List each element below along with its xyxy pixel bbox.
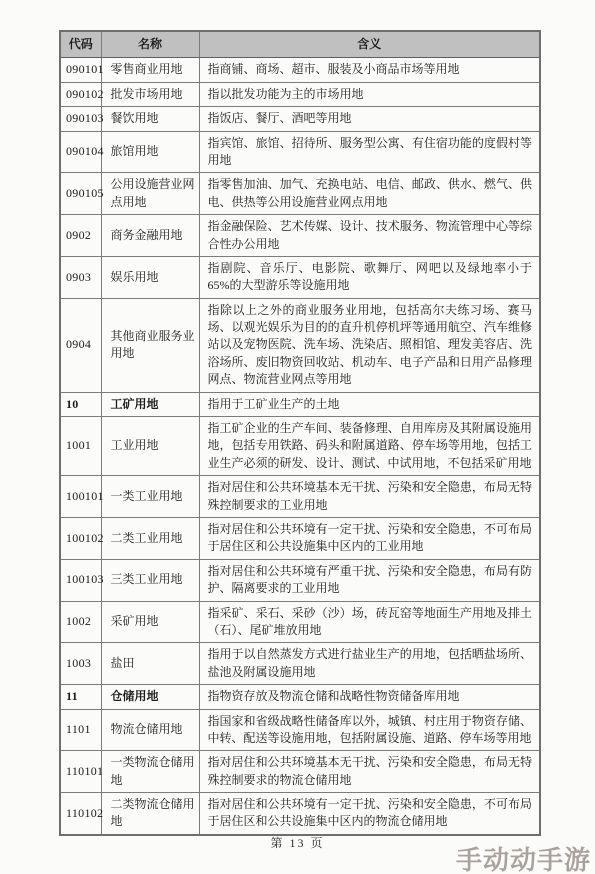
document-page: 代码 名称 含义 090101 零售商业用地 指商铺、商场、超市、服装及小商品市…: [0, 0, 595, 874]
code-cell: 0904: [60, 298, 101, 392]
table-body: 090101 零售商业用地 指商铺、商场、超市、服装及小商品市场等用地 0901…: [60, 58, 540, 835]
meaning-cell: 指剧院、音乐厅、电影院、歌舞厅、网吧以及绿地率小于 65%的大型游乐等设施用地: [199, 256, 540, 298]
code-cell: 1003: [60, 643, 101, 685]
meaning-cell: 指宾馆、旅馆、招待所、服务型公寓、有住宿功能的度假村等用地: [199, 131, 540, 173]
table-row: 090103 餐饮用地 指饭店、餐厅、酒吧等用地: [60, 107, 540, 131]
name-cell: 二类工业用地: [101, 517, 199, 559]
meaning-cell: 指对居住和公共环境有一定干扰、污染和安全隐患，不可布局于居住区和公共设施集中区内…: [199, 517, 540, 559]
meaning-cell: 指除以上之外的商业服务业用地，包括高尔夫练习场、赛马场、以观光娱乐为目的的直升机…: [199, 298, 540, 392]
name-cell: 仓储用地: [101, 685, 199, 709]
code-cell: 110102: [60, 793, 101, 835]
table-row: 090104 旅馆用地 指宾馆、旅馆、招待所、服务型公寓、有住宿功能的度假村等用…: [60, 131, 540, 173]
meaning-cell: 指对居住和公共环境基本无干扰、污染和安全隐患，布局无特殊控制要求的物流仓储用地: [199, 751, 540, 793]
meaning-cell: 指饭店、餐厅、酒吧等用地: [199, 107, 540, 131]
code-cell: 11: [60, 685, 101, 709]
header-meaning: 含义: [199, 31, 540, 58]
meaning-cell: 指用于工矿业生产的土地: [199, 392, 540, 416]
meaning-cell: 指对居住和公共环境基本无干扰、污染和安全隐患，布局无特殊控制要求的工业用地: [199, 476, 540, 518]
code-cell: 0902: [60, 215, 101, 257]
header-name: 名称: [101, 31, 199, 58]
code-cell: 090101: [60, 58, 101, 82]
name-cell: 采矿用地: [101, 601, 199, 643]
name-cell: 工矿用地: [101, 392, 199, 416]
name-cell: 工业用地: [101, 417, 199, 476]
meaning-cell: 指以批发功能为主的市场用地: [199, 82, 540, 106]
table-row: 11 仓储用地 指物资存放及物流仓储和战略性物资储备库用地: [60, 685, 540, 709]
header-code: 代码: [60, 31, 101, 58]
code-cell: 100101: [60, 476, 101, 518]
meaning-cell: 指用于以自然蒸发方式进行盐业生产的用地，包括晒盐场所、盐池及附属设施用地: [199, 643, 540, 685]
code-cell: 100103: [60, 559, 101, 601]
table-row: 1001 工业用地 指工矿企业的生产车间、装备修理、自用库房及其附属设施用地，包…: [60, 417, 540, 476]
table-row: 0904 其他商业服务业用地 指除以上之外的商业服务业用地，包括高尔夫练习场、赛…: [60, 298, 540, 392]
name-cell: 其他商业服务业用地: [101, 298, 199, 392]
meaning-cell: 指对居住和公共环境有严重干扰、污染和安全隐患，布局有防护、隔离要求的工业用地: [199, 559, 540, 601]
name-cell: 公用设施营业网点用地: [101, 173, 199, 215]
code-cell: 090103: [60, 107, 101, 131]
table-row: 1101 物流仓储用地 指国家和省级战略性储备库以外，城镇、村庄用于物资存储、中…: [60, 709, 540, 751]
code-cell: 1101: [60, 709, 101, 751]
meaning-cell: 指零售加油、加气、充换电站、电信、邮政、供水、燃气、供电、供热等公用设施营业网点…: [199, 173, 540, 215]
land-use-code-table: 代码 名称 含义 090101 零售商业用地 指商铺、商场、超市、服装及小商品市…: [59, 30, 541, 836]
code-cell: 1002: [60, 601, 101, 643]
code-cell: 1001: [60, 417, 101, 476]
code-cell: 090104: [60, 131, 101, 173]
name-cell: 商务金融用地: [101, 215, 199, 257]
table-row: 090105 公用设施营业网点用地 指零售加油、加气、充换电站、电信、邮政、供水…: [60, 173, 540, 215]
code-cell: 10: [60, 392, 101, 416]
name-cell: 盐田: [101, 643, 199, 685]
meaning-cell: 指商铺、商场、超市、服装及小商品市场等用地: [199, 58, 540, 82]
code-cell: 0903: [60, 256, 101, 298]
name-cell: 娱乐用地: [101, 256, 199, 298]
name-cell: 一类工业用地: [101, 476, 199, 518]
table-row: 0902 商务金融用地 指金融保险、艺术传媒、设计、技术服务、物流管理中心等综合…: [60, 215, 540, 257]
table-row: 1002 采矿用地 指采矿、采石、采砂（沙）场，砖瓦窑等地面生产用地及排土（石）…: [60, 601, 540, 643]
table-row: 090102 批发市场用地 指以批发功能为主的市场用地: [60, 82, 540, 106]
name-cell: 旅馆用地: [101, 131, 199, 173]
meaning-cell: 指物资存放及物流仓储和战略性物资储备库用地: [199, 685, 540, 709]
meaning-cell: 指金融保险、艺术传媒、设计、技术服务、物流管理中心等综合性办公用地: [199, 215, 540, 257]
code-cell: 090105: [60, 173, 101, 215]
table-row: 100101 一类工业用地 指对居住和公共环境基本无干扰、污染和安全隐患，布局无…: [60, 476, 540, 518]
table-row: 0903 娱乐用地 指剧院、音乐厅、电影院、歌舞厅、网吧以及绿地率小于 65%的…: [60, 256, 540, 298]
name-cell: 三类工业用地: [101, 559, 199, 601]
table-row: 090101 零售商业用地 指商铺、商场、超市、服装及小商品市场等用地: [60, 58, 540, 82]
watermark-text: 手动动手游: [456, 840, 591, 874]
table-row: 10 工矿用地 指用于工矿业生产的土地: [60, 392, 540, 416]
meaning-cell: 指采矿、采石、采砂（沙）场，砖瓦窑等地面生产用地及排土（石）、尾矿堆放用地: [199, 601, 540, 643]
name-cell: 批发市场用地: [101, 82, 199, 106]
code-cell: 110101: [60, 751, 101, 793]
table-row: 100102 二类工业用地 指对居住和公共环境有一定干扰、污染和安全隐患，不可布…: [60, 517, 540, 559]
code-cell: 100102: [60, 517, 101, 559]
table-row: 110101 一类物流仓储用地 指对居住和公共环境基本无干扰、污染和安全隐患，布…: [60, 751, 540, 793]
meaning-cell: 指国家和省级战略性储备库以外，城镇、村庄用于物资存储、中转、配送等设施用地，包括…: [199, 709, 540, 751]
table-header-row: 代码 名称 含义: [60, 31, 540, 58]
table-row: 110102 二类物流仓储用地 指对居住和公共环境有一定干扰、污染和安全隐患，不…: [60, 793, 540, 835]
meaning-cell: 指对居住和公共环境有一定干扰、污染和安全隐患，不可布局于居住区和公共设施集中区内…: [199, 793, 540, 835]
table-row: 100103 三类工业用地 指对居住和公共环境有严重干扰、污染和安全隐患，布局有…: [60, 559, 540, 601]
name-cell: 一类物流仓储用地: [101, 751, 199, 793]
meaning-cell: 指工矿企业的生产车间、装备修理、自用库房及其附属设施用地，包括专用铁路、码头和附…: [199, 417, 540, 476]
table-row: 1003 盐田 指用于以自然蒸发方式进行盐业生产的用地，包括晒盐场所、盐池及附属…: [60, 643, 540, 685]
name-cell: 物流仓储用地: [101, 709, 199, 751]
name-cell: 餐饮用地: [101, 107, 199, 131]
name-cell: 二类物流仓储用地: [101, 793, 199, 835]
name-cell: 零售商业用地: [101, 58, 199, 82]
code-cell: 090102: [60, 82, 101, 106]
